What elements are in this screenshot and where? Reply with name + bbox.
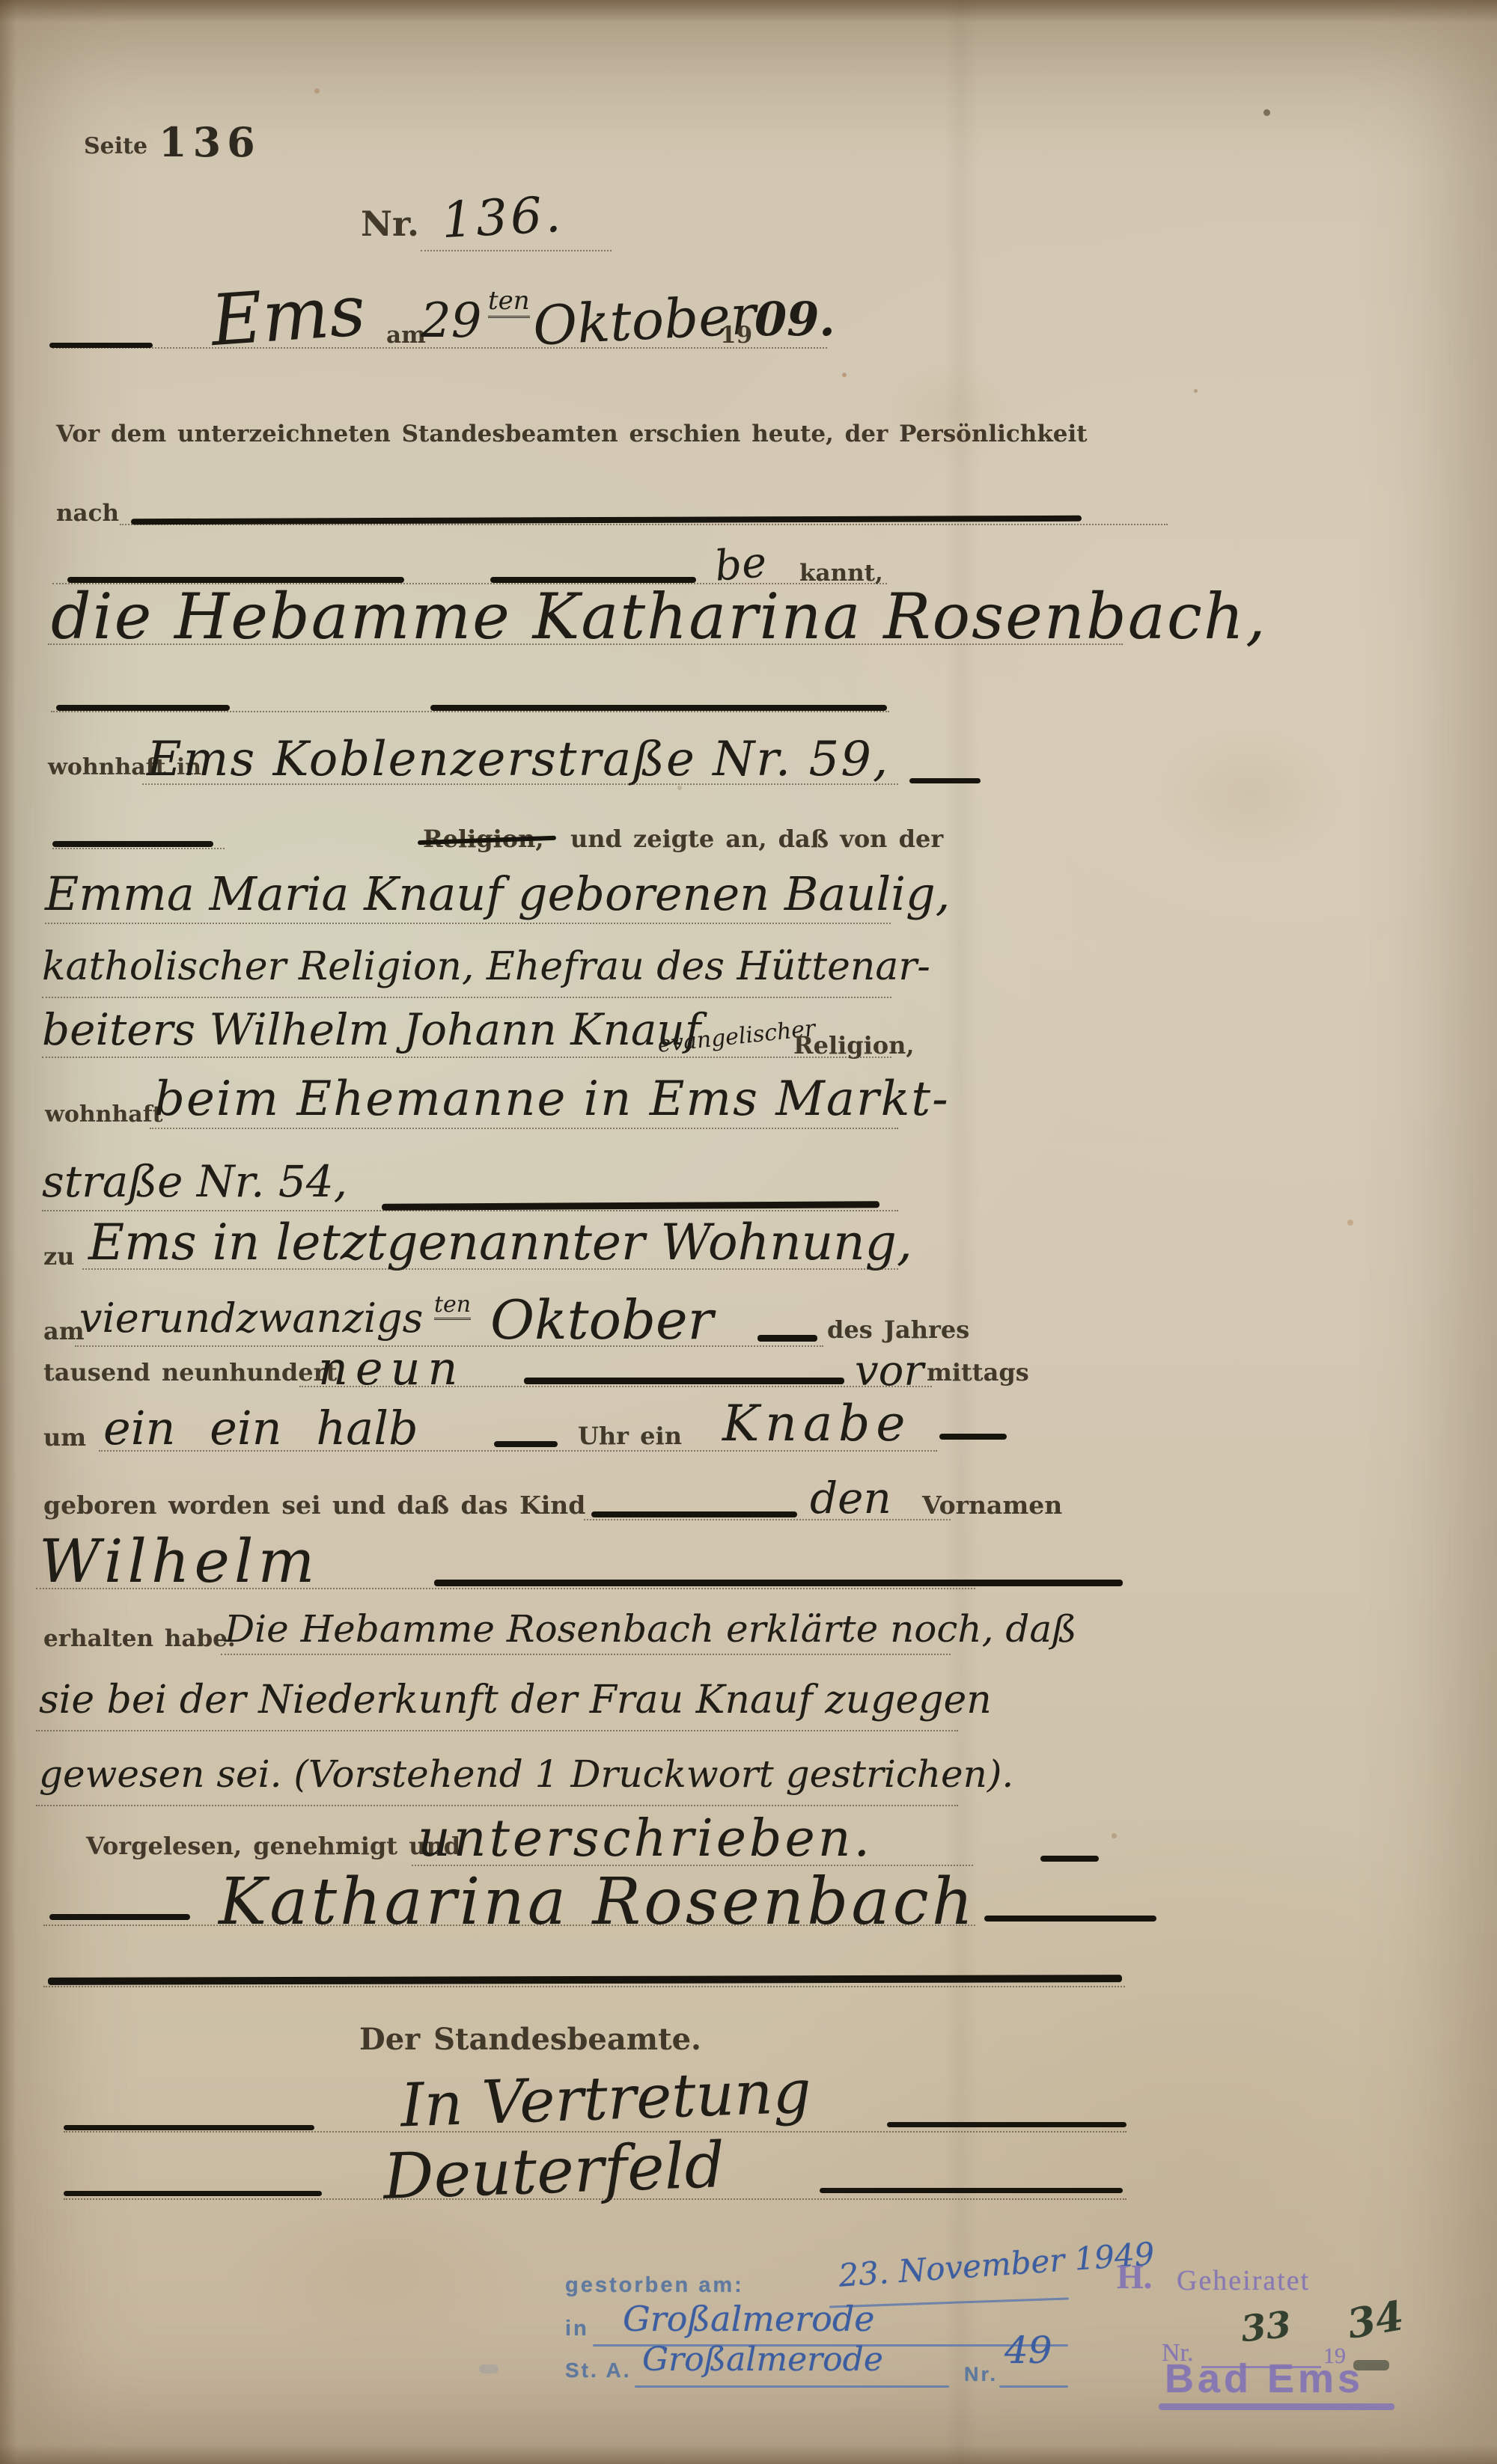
declarant-name: die Hebamme Katharina Rosenbach, — [51, 580, 1267, 653]
husband-residence-rule — [150, 1128, 898, 1129]
signature-rule — [43, 1925, 975, 1926]
death-stamp-nr-value: 49 — [1004, 2329, 1052, 2372]
blank-rule — [51, 711, 889, 712]
father-name: beiters Wilhelm Johann Knauf — [42, 1004, 701, 1055]
strike-bar — [939, 1434, 1007, 1440]
time-rule — [99, 1450, 937, 1452]
death-stamp-label-3: St. A. — [565, 2358, 632, 2382]
vorgelesen-label: Vorgelesen, genehmigt und — [86, 1832, 460, 1860]
strike-bar — [49, 343, 153, 348]
strike-bar — [887, 2122, 1126, 2127]
birth-register-document: Seite 136 Nr. 136. Ems am 29 ten Oktober… — [0, 0, 1497, 2464]
edge-shadow-bottom — [0, 2445, 1497, 2464]
registrar-signature: Deuterfeld — [382, 2128, 725, 2213]
geboren-text: geboren worden sei und daß das Kind — [43, 1491, 585, 1520]
birth-place: Ems in letztgenannter Wohnung, — [88, 1214, 912, 1271]
remark-rule-1 — [221, 1654, 951, 1655]
strike-bar — [524, 1378, 844, 1384]
record-number-label: Nr. — [361, 204, 419, 244]
birth-time: ein ein halb — [103, 1401, 418, 1455]
strike-bar — [430, 705, 887, 711]
strike-bar — [64, 2191, 322, 2196]
registrar-rule — [64, 2198, 1126, 2200]
erhalten-label: erhalten habe. — [43, 1625, 236, 1652]
paper-speck — [1347, 1220, 1353, 1226]
remark-line-3: gewesen sei. (Vorstehend 1 Druckwort ges… — [39, 1752, 1013, 1796]
residence-rule — [142, 783, 898, 785]
strike-bar — [757, 1335, 817, 1342]
edge-shadow-left — [0, 0, 16, 2464]
mother-name: Emma Maria Knauf geborenen Baulig, — [45, 866, 950, 921]
declarant-signature: Katharina Rosenbach — [219, 1865, 976, 1939]
religion-label: Religion, — [793, 1031, 915, 1060]
remark-line-2: sie bei der Niederkunft der Frau Knauf z… — [39, 1678, 992, 1722]
des-jahres-label: des Jahres — [827, 1315, 969, 1344]
date-rule — [52, 347, 827, 349]
mother-rule — [45, 923, 891, 924]
birth-day: vierundzwanzigs — [79, 1294, 423, 1342]
husband-residence: beim Ehemanne in Ems Markt- — [154, 1071, 950, 1127]
record-number-rule — [421, 250, 612, 251]
husband-residence-2: straße Nr. 54, — [42, 1156, 347, 1207]
birth-day-suffix: ten — [434, 1291, 471, 1320]
date-day-suffix: ten — [488, 286, 530, 318]
unterschrieben-hand: unterschrieben. — [418, 1809, 873, 1868]
strike-bar — [1040, 1856, 1099, 1862]
strike-bar — [591, 1511, 797, 1517]
paper-speck — [1194, 389, 1198, 393]
mittags-label: mittags — [927, 1358, 1029, 1387]
declarant-rule — [48, 643, 1123, 645]
father-rule — [42, 1057, 891, 1058]
child-gender: Knabe — [722, 1395, 911, 1452]
zu-label: zu — [43, 1242, 74, 1271]
am-label-2: am — [43, 1317, 85, 1345]
mother-religion: katholischer Religion, Ehefrau des Hütte… — [42, 944, 930, 989]
paper-speck — [1263, 109, 1270, 116]
date-am-label: am — [386, 322, 426, 349]
strike-bar — [820, 2188, 1123, 2193]
page-number-value: 136 — [159, 118, 261, 166]
paper-speck — [314, 88, 320, 94]
strike-bar — [52, 841, 213, 847]
strike-bar — [909, 778, 981, 783]
record-number-value: 136. — [440, 186, 565, 249]
registrar-title: Der Standesbeamte. — [359, 2022, 701, 2057]
remark-rule-3 — [36, 1805, 958, 1806]
strike-bar — [434, 1580, 1123, 1586]
edge-shadow-top — [0, 0, 1497, 22]
vor-hand: vor — [855, 1347, 924, 1395]
death-stamp-value-2: Großalmerode — [623, 2299, 875, 2339]
wohnhaft-label: wohnhaft — [45, 1101, 162, 1128]
strike-bar — [494, 1441, 558, 1447]
strike-bar — [984, 1916, 1156, 1922]
strike-bar — [49, 1914, 190, 1920]
marriage-stamp-h: H. — [1117, 2257, 1152, 2296]
death-stamp-value-1: 23. November 1949 — [838, 2235, 1156, 2293]
den-hand: den — [810, 1473, 891, 1523]
birth-year-rule — [299, 1386, 932, 1387]
vornamen-label: Vornamen — [922, 1491, 1062, 1520]
date-year-hand: 09. — [754, 292, 835, 346]
paper-speck — [842, 373, 847, 377]
marriage-stamp-place: Bad Ems — [1165, 2356, 1364, 2402]
intro-text: Vor dem unterzeichneten Standesbeamten e… — [56, 421, 1088, 447]
death-stamp-rule-3 — [635, 2385, 949, 2388]
husband-residence-2-rule — [42, 1210, 898, 1211]
strike-bar — [64, 2125, 314, 2130]
marriage-stamp-nr-value: 33 — [1239, 2304, 1293, 2351]
date-year-printed: 19 — [720, 322, 752, 349]
strike-bar — [56, 705, 230, 711]
marriage-stamp-year-value: 34 — [1344, 2291, 1407, 2348]
birth-year-word: neun — [318, 1341, 465, 1395]
death-stamp-label-2: in — [565, 2317, 589, 2341]
birth-month: Oktober — [490, 1288, 713, 1351]
um-label: um — [43, 1423, 86, 1452]
residence-value: Ems Koblenzerstraße Nr. 59, — [147, 732, 889, 787]
birth-place-rule — [82, 1268, 898, 1270]
paper-speck — [1112, 1833, 1117, 1838]
remark-rule-2 — [36, 1730, 958, 1731]
zeigte-text: und zeigte an, daß von der — [570, 825, 943, 853]
uhr-ein-label: Uhr ein — [578, 1422, 682, 1450]
registrar-deputy: In Vertretung — [400, 2056, 813, 2140]
blank-rule — [52, 848, 225, 849]
tausend-label: tausend neunhundert — [43, 1358, 337, 1387]
mother-religion-rule — [42, 997, 891, 998]
child-name: Wilhelm — [39, 1526, 319, 1596]
strike-bar — [382, 1201, 879, 1210]
nach-label: nach — [56, 500, 119, 527]
remark-line-1: Die Hebamme Rosenbach erklärte noch, daß — [225, 1607, 1077, 1651]
ink-smudge — [479, 2364, 499, 2373]
page-number-label: Seite — [84, 133, 147, 159]
death-stamp-label-1: gestorben am: — [565, 2273, 744, 2298]
geboren-rule — [584, 1519, 951, 1520]
date-day: 29 — [421, 293, 481, 349]
marriage-stamp-word: Geheiratet — [1177, 2264, 1310, 2297]
child-name-rule — [36, 1588, 975, 1589]
death-stamp-value-3: Großalmerode — [642, 2341, 883, 2379]
death-stamp-nr-rule — [999, 2385, 1068, 2388]
death-stamp-nr-label: Nr. — [964, 2363, 998, 2386]
marriage-stamp-underline — [1159, 2403, 1394, 2410]
paper-stain — [1153, 718, 1347, 868]
paper-stain — [883, 359, 1018, 464]
closing-rule — [43, 1986, 1125, 1987]
